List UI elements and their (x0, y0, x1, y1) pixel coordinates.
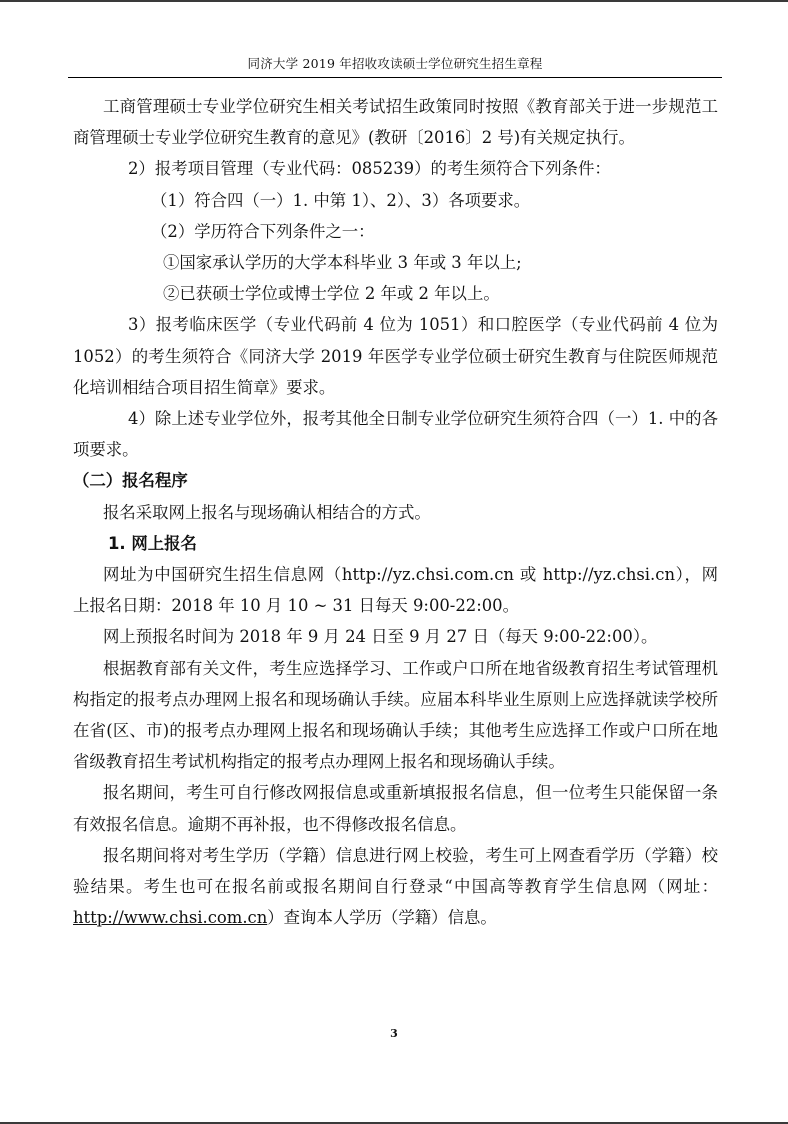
section-heading-registration: （二）报名程序 (73, 465, 718, 496)
paragraph-registration-location: 根据教育部有关文件，考生应选择学习、工作或户口所在地省级教育招生考试管理机构指定… (73, 653, 718, 778)
list-item-condition-1: （1）符合四（一）1. 中第 1）、2）、3）各项要求。 (73, 185, 718, 216)
paragraph-project-management: 2）报考项目管理（专业代码：085239）的考生须符合下列条件： (73, 153, 718, 184)
document-body: 工商管理硕士专业学位研究生相关考试招生政策同时按照《教育部关于进一步规范工商管理… (73, 91, 718, 933)
header-rule (68, 77, 722, 78)
paragraph-mba-policy: 工商管理硕士专业学位研究生相关考试招生政策同时按照《教育部关于进一步规范工商管理… (73, 91, 718, 153)
paragraph-registration-intro: 报名采取网上报名与现场确认相结合的方式。 (73, 497, 718, 528)
paragraph-pre-registration: 网上预报名时间为 2018 年 9 月 24 日至 9 月 27 日（每天 9:… (73, 621, 718, 652)
list-item-condition-2: （2）学历符合下列条件之一： (73, 216, 718, 247)
list-item-option-1: ①国家承认学历的大学本科毕业 3 年或 3 年以上; (73, 247, 718, 278)
paragraph-other-degrees: 4）除上述专业学位外，报考其他全日制专业学位研究生须符合四（一）1. 中的各项要… (73, 403, 718, 465)
paragraph-modification: 报名期间，考生可自行修改网报信息或重新填报报名信息，但一位考生只能保留一条有效报… (73, 777, 718, 839)
list-item-option-2: ②已获硕士学位或博士学位 2 年或 2 年以上。 (73, 278, 718, 309)
subsection-heading-online-registration: 1. 网上报名 (73, 528, 718, 559)
page-number: 3 (0, 1027, 788, 1040)
paragraph-verification: 报名期间将对考生学历（学籍）信息进行网上校验，考生可上网查看学历（学籍）校验结果… (73, 840, 718, 934)
verification-text-before-link: 报名期间将对考生学历（学籍）信息进行网上校验，考生可上网查看学历（学籍）校验结果… (73, 846, 718, 896)
verification-text-after-link: ）查询本人学历（学籍）信息。 (267, 908, 496, 927)
paragraph-clinical-medicine: 3）报考临床医学（专业代码前 4 位为 1051）和口腔医学（专业代码前 4 位… (73, 309, 718, 403)
paragraph-website: 网址为中国研究生招生信息网（http://yz.chsi.com.cn 或 ht… (73, 559, 718, 621)
viewer-top-border (0, 0, 788, 2)
chsi-link[interactable]: http://www.chsi.com.cn (73, 908, 267, 927)
running-header: 同济大学 2019 年招收攻读硕士学位研究生招生章程 (68, 56, 722, 72)
